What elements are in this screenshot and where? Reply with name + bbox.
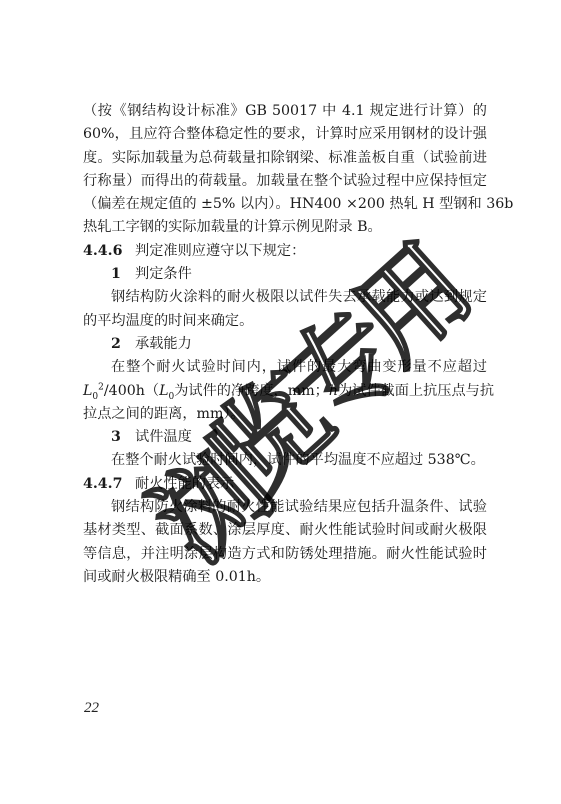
- text-line: 基材类型、截面系数、涂层厚度、耐火性能试验时间或耐火极限: [83, 519, 487, 542]
- text-line: 等信息，并注明涂层构造方式和防锈处理措施。耐火性能试验时: [83, 543, 487, 566]
- text-line: 行称量）而得出的荷载量。加载量在整个试验过程中应保持恒定: [83, 170, 487, 193]
- item-title: 判定条件: [135, 266, 192, 282]
- text-line: 拉点之间的距离，mm）。: [83, 403, 487, 426]
- item-heading-1: 1判定条件: [83, 263, 487, 286]
- document-page: （按《钢结构设计标准》GB 50017 中 4.1 规定进行计算）的 60%，且…: [0, 0, 561, 804]
- item-title: 试件温度: [135, 429, 192, 445]
- section-title: 耐火性能的表示: [135, 476, 234, 492]
- item-title: 承载能力: [135, 336, 192, 352]
- text-line: 度。实际加载量为总荷载量扣除钢梁、标准盖板自重（试验前进: [83, 147, 487, 170]
- formula-line: L02/400h（L0为试件的净跨度，mm；h为试件截面上抗压点与抗: [83, 380, 487, 403]
- text-line: （按《钢结构设计标准》GB 50017 中 4.1 规定进行计算）的: [83, 100, 487, 123]
- text-line: 在整个耐火试验时间内，试件的最大弯曲变形量不应超过: [83, 356, 487, 379]
- symbol-h: h: [329, 383, 338, 399]
- text-line: 间或耐火极限精确至 0.01h。: [83, 566, 487, 589]
- text-line: 钢结构防火涂料的耐火极限以试件失去承载能力或达到规定: [83, 286, 487, 309]
- symbol-L: L: [83, 383, 92, 399]
- item-number: 2: [111, 333, 135, 356]
- text-line: 钢结构防火涂料的耐火性能试验结果应包括升温条件、试验: [83, 496, 487, 519]
- text-line: 60%，且应符合整体稳定性的要求，计算时应采用钢材的设计强: [83, 123, 487, 146]
- section-heading-4-4-6: 4.4.6判定准则应遵守以下规定：: [83, 240, 487, 263]
- text-line: 的平均温度的时间来确定。: [83, 310, 487, 333]
- body-text: （按《钢结构设计标准》GB 50017 中 4.1 规定进行计算）的 60%，且…: [83, 100, 487, 589]
- item-heading-2: 2承载能力: [83, 333, 487, 356]
- section-heading-4-4-7: 4.4.7耐火性能的表示: [83, 473, 487, 496]
- text-line: （偏差在规定值的 ±5% 以内）。HN400 ×200 热轧 H 型钢和 36b: [83, 193, 487, 216]
- section-number: 4.4.6: [83, 240, 135, 263]
- page-number: 22: [84, 700, 99, 717]
- text-line: 在整个耐火试验时间内，试件的平均温度不应超过 538℃。: [83, 449, 487, 472]
- item-heading-3: 3试件温度: [83, 426, 487, 449]
- item-number: 1: [111, 263, 135, 286]
- item-number: 3: [111, 426, 135, 449]
- section-number: 4.4.7: [83, 473, 135, 496]
- text-line: 热轧工字钢的实际加载量的计算示例见附录 B。: [83, 216, 487, 239]
- section-title: 判定准则应遵守以下规定：: [135, 243, 305, 259]
